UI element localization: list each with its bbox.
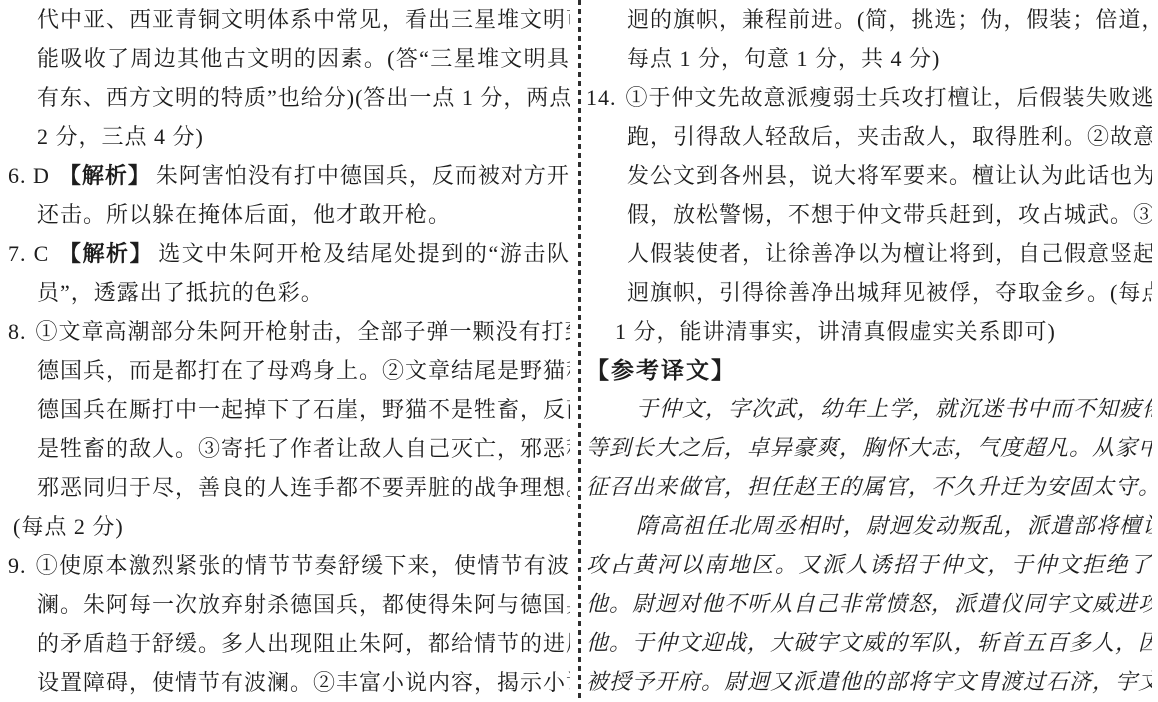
text-line: 员”，透露出了抵抗的色彩。: [8, 273, 570, 312]
translation-line: 等到长大之后，卓异豪爽，胸怀大志，气度超凡。从家中被: [586, 429, 1152, 468]
score-note: (每点 2 分): [8, 507, 570, 546]
text-line: 设置障碍，使情节有波澜。②丰富小说内容，揭示小说: [8, 663, 570, 702]
translation-line: 他。尉迥对他不听从自己非常愤怒，派遣仪同宇文威进攻: [586, 585, 1152, 624]
translation-line: 他。于仲文迎战，大破宇文威的军队，斩首五百多人，因功: [586, 624, 1152, 663]
text-line: 的矛盾趋于舒缓。多人出现阻止朱阿，都给情节的进展: [8, 624, 570, 663]
text-line: 代中亚、西亚青铜文明体系中常见，看出三星堆文明可: [8, 0, 570, 39]
item-number: 7. C: [8, 241, 49, 266]
text-line: 人假装使者，让徐善净以为檀让将到，自己假意竖起尉: [586, 234, 1152, 273]
right-column: 迥的旗帜，兼程前进。(简，挑选；伪，假装；倍道，兼程。 每点 1 分，句意 1 …: [586, 0, 1152, 702]
column-divider: [578, 0, 581, 702]
text-line: 假，放松警惕，不想于仲文带兵赶到，攻占城武。③派: [586, 195, 1152, 234]
text-line: ①于仲文先故意派瘦弱士兵攻打檀让，后假装失败逃: [626, 85, 1153, 110]
analysis-label: 【解析】: [58, 241, 153, 266]
text-line: 每点 1 分，句意 1 分，共 4 分): [586, 39, 1152, 78]
translation-line: 攻占黄河以南地区。又派人诱招于仲文，于仲文拒绝了: [586, 546, 1152, 585]
answer-item-14: 14.①于仲文先故意派瘦弱士兵攻打檀让，后假装失败逃: [586, 78, 1152, 117]
text-line: 迥的旗帜，兼程前进。(简，挑选；伪，假装；倍道，兼程。: [586, 0, 1152, 39]
translation-line: 被授予开府。尉迥又派遣他的部将宇文胄渡过石济，宇文: [586, 663, 1152, 702]
text-line: 选文中朱阿开枪及结尾处提到的“游击队: [158, 241, 570, 266]
item-number: 6. D: [8, 163, 50, 188]
text-line: 德国兵，而是都打在了母鸡身上。②文章结尾是野猫和: [8, 351, 570, 390]
translation-line: 于仲文，字次武，幼年上学，就沉迷书中而不知疲倦。: [586, 390, 1152, 429]
item-number: 9.: [8, 553, 27, 578]
text-line: 跑，引得敌人轻敌后，夹击敌人，取得胜利。②故意下: [586, 117, 1152, 156]
answer-item-9: 9.①使原本激烈紧张的情节节奏舒缓下来，使情节有波: [8, 546, 570, 585]
text-line: 朱阿害怕没有打中德国兵，反而被对方开枪: [156, 163, 570, 188]
exam-answer-sheet-page: 代中亚、西亚青铜文明体系中常见，看出三星堆文明可 能吸收了周边其他古文明的因素。…: [0, 0, 1158, 702]
text-line: 2 分，三点 4 分): [8, 117, 570, 156]
text-line: 德国兵在厮打中一起掉下了石崖，野猫不是牲畜，反而: [8, 390, 570, 429]
reference-translation-header: 【参考译文】: [586, 351, 1152, 390]
score-note: 1 分，能讲清事实，讲清真假虚实关系即可): [586, 312, 1152, 351]
item-number: 14.: [586, 85, 617, 110]
analysis-label: 【解析】: [59, 163, 151, 188]
text-line: 是牲畜的敌人。③寄托了作者让敌人自己灭亡，邪恶和: [8, 429, 570, 468]
text-line: 还击。所以躲在掩体后面，他才敢开枪。: [8, 195, 570, 234]
translation-line: 征召出来做官，担任赵王的属官，不久升迁为安固太守。: [586, 468, 1152, 507]
answer-item-8: 8.①文章高潮部分朱阿开枪射击，全部子弹一颗没有打到: [8, 312, 570, 351]
answer-item-6: 6. D【解析】朱阿害怕没有打中德国兵，反而被对方开枪: [8, 156, 570, 195]
text-line: 有东、西方文明的特质”也给分)(答出一点 1 分，两点: [8, 78, 570, 117]
translation-line: 隋高祖任北周丞相时，尉迥发动叛乱，派遣部将檀让: [586, 507, 1152, 546]
text-line: ①使原本激烈紧张的情节节奏舒缓下来，使情节有波: [36, 553, 571, 578]
text-line: 发公文到各州县，说大将军要来。檀让认为此话也为: [586, 156, 1152, 195]
answer-item-7: 7. C【解析】选文中朱阿开枪及结尾处提到的“游击队: [8, 234, 570, 273]
item-number: 8.: [8, 319, 27, 344]
text-line: ①文章高潮部分朱阿开枪射击，全部子弹一颗没有打到: [36, 319, 571, 344]
text-line: 澜。朱阿每一次放弃射杀德国兵，都使得朱阿与德国兵: [8, 585, 570, 624]
left-column: 代中亚、西亚青铜文明体系中常见，看出三星堆文明可 能吸收了周边其他古文明的因素。…: [8, 0, 570, 702]
text-line: 迥旗帜，引得徐善净出城拜见被俘，夺取金乡。(每点: [586, 273, 1152, 312]
text-line: 邪恶同归于尽，善良的人连手都不要弄脏的战争理想。: [8, 468, 570, 507]
text-line: 能吸收了周边其他古文明的因素。(答“三星堆文明具: [8, 39, 570, 78]
